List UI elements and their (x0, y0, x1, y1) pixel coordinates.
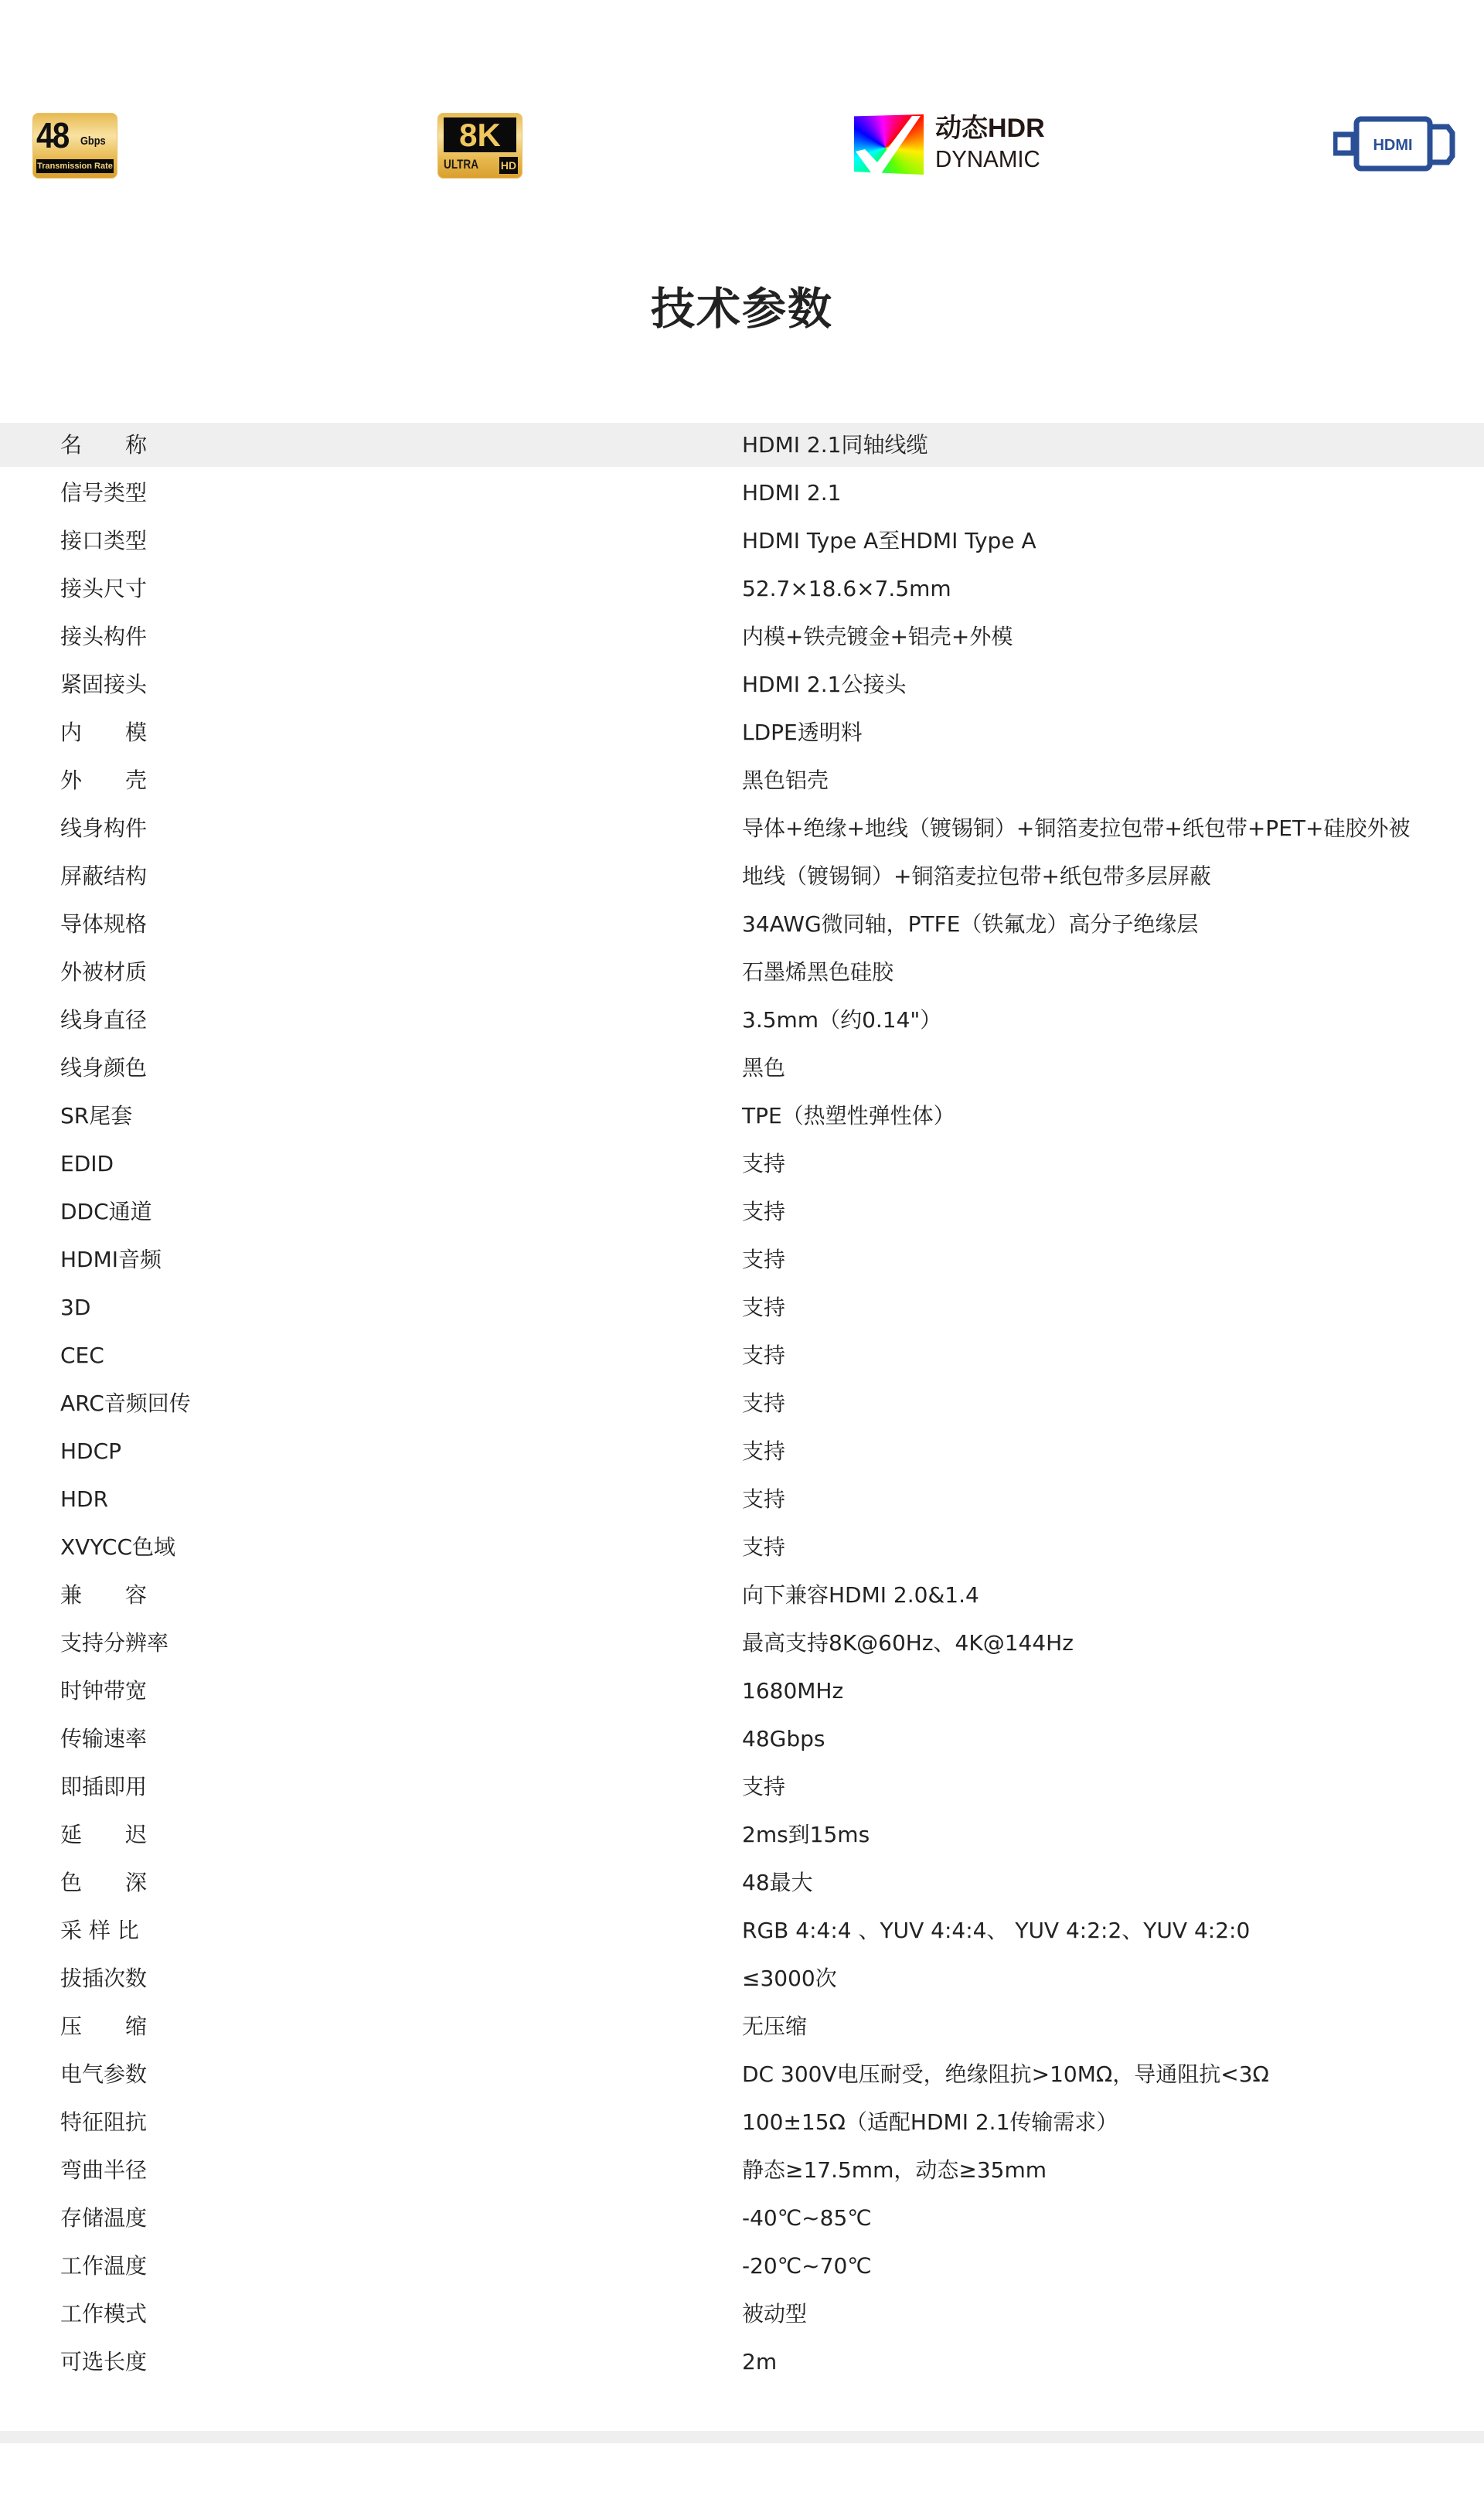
spec-label: 拔插次数 (60, 1956, 147, 2000)
spec-label: 弯曲半径 (60, 2148, 147, 2192)
spec-label: 电气参数 (60, 2052, 147, 2096)
spec-row: 接头尺寸52.7×18.6×7.5mm (0, 567, 1484, 614)
spec-label: 压 缩 (60, 2004, 147, 2048)
spec-row: 内 模LDPE透明料 (0, 710, 1484, 758)
spec-label: HDMI音频 (60, 1237, 162, 1282)
spec-value: 48Gbps (742, 1717, 825, 1761)
spec-value: 支持 (742, 1477, 785, 1521)
spec-label: 兼 容 (60, 1573, 147, 1617)
spec-row: 紧固接头HDMI 2.1公接头 (0, 662, 1484, 710)
spec-value: HDMI 2.1公接头 (742, 662, 906, 706)
spec-label: XVYCC色域 (60, 1525, 175, 1569)
spec-row: 延 迟2ms到15ms (0, 1813, 1484, 1860)
spec-value: 1680MHz (742, 1669, 843, 1713)
spec-row: 可选长度2m (0, 2340, 1484, 2388)
svg-text:HDMI: HDMI (1373, 137, 1412, 154)
badge-ultra-text: ULTRA (444, 157, 478, 172)
spec-value: 支持 (742, 1765, 785, 1809)
spec-row: 名 称HDMI 2.1同轴线缆 (0, 423, 1484, 467)
spec-label: 线身颜色 (60, 1046, 147, 1090)
spec-row: 时钟带宽1680MHz (0, 1669, 1484, 1717)
spec-row: 外被材质石墨烯黑色硅胶 (0, 950, 1484, 998)
spec-value: 无压缩 (742, 2004, 807, 2048)
spec-row: 工作温度-20℃~70℃ (0, 2244, 1484, 2292)
spec-row: 传输速率48Gbps (0, 1717, 1484, 1765)
spec-label: 接口类型 (60, 519, 147, 563)
spec-label: 信号类型 (60, 471, 147, 515)
spec-value: DC 300V电压耐受，绝缘阻抗>10MΩ，导通阻抗<3Ω (742, 2052, 1269, 2096)
spec-value: 黑色 (742, 1046, 785, 1090)
spec-label: SR尾套 (60, 1094, 132, 1138)
hdmi-connector-icon: HDMI (1333, 116, 1457, 172)
spec-value: -20℃~70℃ (742, 2244, 872, 2288)
spec-label: 时钟带宽 (60, 1669, 147, 1713)
spec-label: 工作模式 (60, 2292, 147, 2336)
spec-value: 内模+铁壳镀金+铝壳+外模 (742, 614, 1013, 659)
spec-row: 色 深48最大 (0, 1860, 1484, 1908)
spec-row: 兼 容向下兼容HDMI 2.0&1.4 (0, 1573, 1484, 1621)
spec-row: 拔插次数≤3000次 (0, 1956, 1484, 2004)
spec-row: HDCP支持 (0, 1429, 1484, 1477)
spec-value: 34AWG微同轴，PTFE（铁氟龙）高分子绝缘层 (742, 902, 1198, 946)
page-title: 技术参数 (0, 278, 1484, 340)
spec-value: TPE（热塑性弹性体） (742, 1094, 955, 1138)
spec-row: 弯曲半径静态≥17.5mm，动态≥35mm (0, 2148, 1484, 2196)
48gbps-badge-icon: 48 Gbps Transmission Rate (32, 113, 117, 179)
spec-label: DDC通道 (60, 1190, 152, 1234)
spec-label: 即插即用 (60, 1765, 147, 1809)
spec-value: 静态≥17.5mm，动态≥35mm (742, 2148, 1047, 2192)
spec-value: HDMI 2.1 (742, 471, 841, 515)
spec-value: 52.7×18.6×7.5mm (742, 567, 951, 611)
spec-label: HDR (60, 1477, 108, 1521)
spec-row: 接头构件内模+铁壳镀金+铝壳+外模 (0, 614, 1484, 662)
spec-label: 存储温度 (60, 2196, 147, 2240)
spec-label: 线身构件 (60, 806, 147, 850)
checkmark-icon (854, 114, 924, 175)
spec-row: 支持分辨率最高支持8K@60Hz、4K@144Hz (0, 1621, 1484, 1669)
spec-label: 外被材质 (60, 950, 147, 994)
spec-label: 可选长度 (60, 2340, 147, 2384)
spec-label: 特征阻抗 (60, 2100, 147, 2144)
spec-row: 导体规格34AWG微同轴，PTFE（铁氟龙）高分子绝缘层 (0, 902, 1484, 950)
spec-row: 外 壳黑色铝壳 (0, 758, 1484, 806)
spec-label: 名 称 (60, 423, 147, 467)
spec-label: 支持分辨率 (60, 1621, 168, 1665)
spec-label: 采 样 比 (60, 1908, 139, 1952)
spec-value: 支持 (742, 1525, 785, 1569)
spec-row: 屏蔽结构地线（镀锡铜）+铜箔麦拉包带+纸包带多层屏蔽 (0, 854, 1484, 902)
spec-row: EDID支持 (0, 1142, 1484, 1190)
spec-row: HDMI音频支持 (0, 1237, 1484, 1285)
spec-row: 采 样 比RGB 4:4:4 、YUV 4:4:4、 YUV 4:2:2、YUV… (0, 1908, 1484, 1956)
spec-value: 黑色铝壳 (742, 758, 829, 802)
spec-row: 接口类型HDMI Type A至HDMI Type A (0, 519, 1484, 567)
8k-ultra-hd-badge-icon: 8K ULTRA HD (437, 113, 522, 179)
spec-label: CEC (60, 1333, 104, 1377)
spec-row: 3D支持 (0, 1285, 1484, 1333)
spec-row: 线身颜色黑色 (0, 1046, 1484, 1094)
badge-number: 48 (36, 116, 69, 155)
spec-value: 支持 (742, 1142, 785, 1186)
spec-row: 线身直径3.5mm（约0.14"） (0, 998, 1484, 1046)
badge-unit: Gbps (80, 134, 106, 148)
spec-value: 地线（镀锡铜）+铜箔麦拉包带+纸包带多层屏蔽 (742, 854, 1211, 898)
table-bottom-divider (0, 2431, 1484, 2443)
spec-value: 2m (742, 2340, 777, 2384)
spec-label: ARC音频回传 (60, 1381, 191, 1425)
spec-value: 支持 (742, 1381, 785, 1425)
hdr-title: 动态HDR (935, 113, 1045, 144)
spec-label: 传输速率 (60, 1717, 147, 1761)
spec-label: 紧固接头 (60, 662, 147, 706)
spec-value: HDMI Type A至HDMI Type A (742, 519, 1036, 563)
spec-row: SR尾套TPE（热塑性弹性体） (0, 1094, 1484, 1142)
spec-label: 导体规格 (60, 902, 147, 946)
spec-label: 色 深 (60, 1860, 147, 1905)
spec-row: 电气参数DC 300V电压耐受，绝缘阻抗>10MΩ，导通阻抗<3Ω (0, 2052, 1484, 2100)
spec-row: 信号类型HDMI 2.1 (0, 471, 1484, 519)
badge-hd-text: HD (499, 157, 518, 174)
spec-value: 支持 (742, 1285, 785, 1329)
spec-value: 被动型 (742, 2292, 807, 2336)
spec-value: HDMI 2.1同轴线缆 (742, 423, 927, 467)
spec-row: 存储温度-40℃~85℃ (0, 2196, 1484, 2244)
badge-caption: Transmission Rate (36, 159, 114, 173)
spec-row: DDC通道支持 (0, 1190, 1484, 1237)
spec-label: HDCP (60, 1429, 121, 1473)
spec-label: 内 模 (60, 710, 147, 754)
spec-value: 向下兼容HDMI 2.0&1.4 (742, 1573, 979, 1617)
spec-label: 线身直径 (60, 998, 147, 1042)
spec-label: 3D (60, 1285, 90, 1329)
spec-row: 线身构件导体+绝缘+地线（镀锡铜）+铜箔麦拉包带+纸包带+PET+硅胶外被 (0, 806, 1484, 854)
spec-value: -40℃~85℃ (742, 2196, 872, 2240)
spec-value: 支持 (742, 1237, 785, 1282)
spec-row: 特征阻抗100±15Ω（适配HDMI 2.1传输需求） (0, 2100, 1484, 2148)
spec-row: 压 缩无压缩 (0, 2004, 1484, 2052)
spec-label: 延 迟 (60, 1813, 147, 1857)
spec-label: EDID (60, 1142, 114, 1186)
spec-value: 3.5mm（约0.14"） (742, 998, 941, 1042)
spec-row: XVYCC色域支持 (0, 1525, 1484, 1573)
feature-logos: 48 Gbps Transmission Rate 8K ULTRA HD 动态… (0, 0, 1484, 232)
dynamic-hdr-logo: 动态HDR DYNAMIC (854, 113, 1055, 178)
spec-row: HDR支持 (0, 1477, 1484, 1525)
spec-value: 支持 (742, 1333, 785, 1377)
spec-label: 工作温度 (60, 2244, 147, 2288)
spec-table: 名 称HDMI 2.1同轴线缆信号类型HDMI 2.1接口类型HDMI Type… (0, 423, 1484, 2388)
spec-value: 支持 (742, 1429, 785, 1473)
spec-value: 48最大 (742, 1860, 813, 1905)
spec-value: 2ms到15ms (742, 1813, 870, 1857)
spec-row: CEC支持 (0, 1333, 1484, 1381)
badge-8k-text: 8K (444, 117, 516, 152)
hdr-subtitle: DYNAMIC (935, 145, 1040, 173)
spec-value: 导体+绝缘+地线（镀锡铜）+铜箔麦拉包带+纸包带+PET+硅胶外被 (742, 806, 1410, 850)
spec-value: RGB 4:4:4 、YUV 4:4:4、 YUV 4:2:2、YUV 4:2:… (742, 1908, 1250, 1952)
spec-value: 最高支持8K@60Hz、4K@144Hz (742, 1621, 1074, 1665)
spec-value: 支持 (742, 1190, 785, 1234)
spec-value: ≤3000次 (742, 1956, 837, 2000)
spec-label: 外 壳 (60, 758, 147, 802)
spec-row: ARC音频回传支持 (0, 1381, 1484, 1429)
spec-label: 接头尺寸 (60, 567, 147, 611)
spec-row: 即插即用支持 (0, 1765, 1484, 1813)
spec-label: 屏蔽结构 (60, 854, 147, 898)
spec-value: 100±15Ω（适配HDMI 2.1传输需求） (742, 2100, 1118, 2144)
spec-value: 石墨烯黑色硅胶 (742, 950, 893, 994)
spec-value: LDPE透明料 (742, 710, 863, 754)
spec-label: 接头构件 (60, 614, 147, 659)
spec-row: 工作模式被动型 (0, 2292, 1484, 2340)
